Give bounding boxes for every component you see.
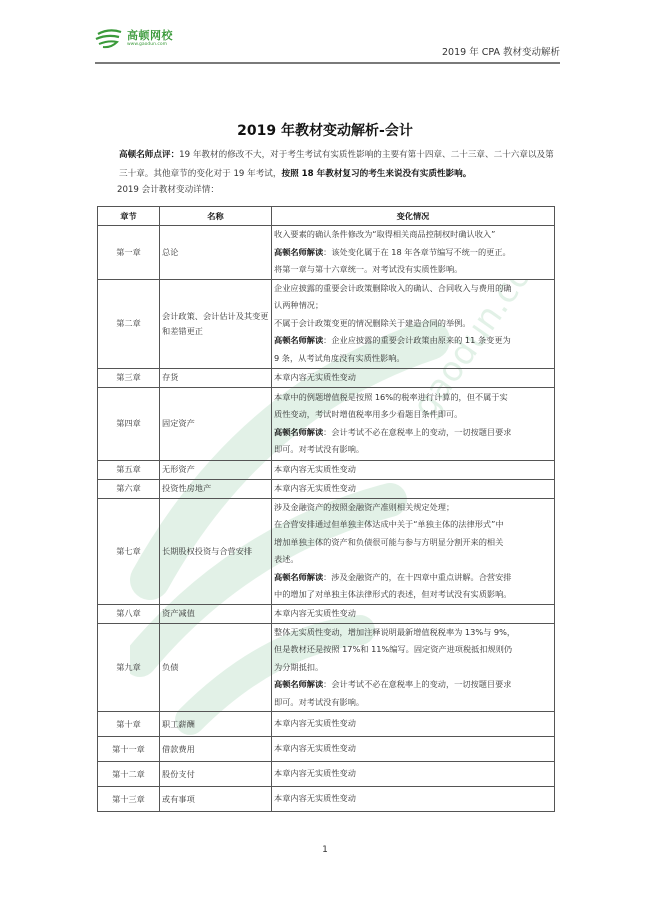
description-line: 在合营安排通过但单独主体达成中关于“单独主体的法律形式”中: [274, 516, 552, 534]
logo-swoosh-icon: [95, 28, 125, 50]
chapter-cell: 第九章: [98, 623, 160, 712]
description-text: 本章内容无实质性变动: [274, 743, 356, 753]
description-line: 不属于会计政策变更的情况删除关于建造合同的举例。: [274, 315, 552, 333]
table-row: 第四章固定资产本章中的例题增值税是按照 16%的税率进行计算的，但不属于实质性变…: [98, 387, 555, 460]
description-text: ：会计考试不必在意税率上的变动，一切按题目要求: [323, 427, 511, 437]
description-line: 收入要素的确认条件修改为“取得相关商品控制权时确认收入”: [274, 226, 552, 244]
description-text: 企业应披露的重要会计政策删除收入的确认、合同收入与费用的确: [274, 283, 511, 293]
description-line: 企业应披露的重要会计政策删除收入的确认、合同收入与费用的确: [274, 280, 552, 298]
description-text: 将第一章与第十六章统一。对考试没有实质性影响。: [274, 264, 462, 274]
description-line: 本章内容无实质性变动: [274, 605, 552, 623]
column-header-name: 名称: [160, 207, 272, 226]
chapter-cell: 第十二章: [98, 762, 160, 787]
chapter-name-cell: 总论: [160, 226, 272, 280]
description-line: 高顿名师解读：会计考试不必在意税率上的变动，一切按题目要求: [274, 676, 552, 694]
change-description-cell: 本章内容无实质性变动: [272, 737, 555, 762]
chapter-name-cell: 会计政策、会计估计及其变更和差错更正: [160, 279, 272, 368]
description-line: 质性变动，考试时增值税率用多少看题目条件即可。: [274, 406, 552, 424]
description-text: 即可。对考试没有影响。: [274, 697, 364, 707]
chapter-name-cell: 股份支付: [160, 762, 272, 787]
description-text: ：会计考试不必在意税率上的变动，一切按题目要求: [323, 679, 511, 689]
table-row: 第十章职工薪酬本章内容无实质性变动: [98, 712, 555, 737]
description-text: 本章内容无实质性变动: [274, 608, 356, 618]
teacher-interpretation-label: 高顿名师解读: [274, 247, 323, 257]
chapter-name-cell: 存货: [160, 368, 272, 387]
comment-label: 高顿名师点评：: [119, 150, 179, 160]
table-row: 第十二章股份支付本章内容无实质性变动: [98, 762, 555, 787]
description-line: 高顿名师解读：涉及金融资产的，在十四章中重点讲解。合营安排: [274, 569, 552, 587]
table-row: 第十一章借款费用本章内容无实质性变动: [98, 737, 555, 762]
description-text: 整体无实质性变动，增加注释说明最新增值税税率为 13%与 9%，: [274, 627, 515, 637]
description-line: 本章中的例题增值税是按照 16%的税率进行计算的，但不属于实: [274, 389, 552, 407]
header-document-title: 2019 年 CPA 教材变动解析: [442, 44, 560, 58]
column-header-chapter: 章节: [98, 207, 160, 226]
description-line: 为分期抵扣。: [274, 659, 552, 677]
chapter-cell: 第七章: [98, 498, 160, 604]
table-row: 第一章总论收入要素的确认条件修改为“取得相关商品控制权时确认收入”高顿名师解读：…: [98, 226, 555, 280]
chapter-name-cell: 无形资产: [160, 460, 272, 479]
chapter-cell: 第四章: [98, 387, 160, 460]
description-text: 本章中的例题增值税是按照 16%的税率进行计算的，但不属于实: [274, 392, 508, 402]
teacher-interpretation-label: 高顿名师解读: [274, 335, 323, 345]
change-description-cell: 本章内容无实质性变动: [272, 712, 555, 737]
description-line: 但是教材还是按照 17%和 11%编写。固定资产进项税抵扣规则仍: [274, 641, 552, 659]
description-line: 中的增加了对单独主体法律形式的表述，但对考试没有实质影响。: [274, 586, 552, 604]
chapter-cell: 第一章: [98, 226, 160, 280]
change-description-cell: 涉及金融资产的按照金融资产准则相关规定处理；在合营安排通过但单独主体达成中关于“…: [272, 498, 555, 604]
description-text: 在合营安排通过但单独主体达成中关于“单独主体的法律形式”中: [274, 519, 504, 529]
description-text: 涉及金融资产的按照金融资产准则相关规定处理；: [274, 502, 454, 512]
chapter-cell: 第十一章: [98, 737, 160, 762]
description-text: 不属于会计政策变更的情况删除关于建造合同的举例。: [274, 318, 471, 328]
change-description-cell: 企业应披露的重要会计政策删除收入的确认、合同收入与费用的确认两种情况；不属于会计…: [272, 279, 555, 368]
table-header-row: 章节 名称 变化情况: [98, 207, 555, 226]
page-header: 高顿网校 www.gaodun.com 2019 年 CPA 教材变动解析: [95, 22, 560, 62]
description-line: 将第一章与第十六章统一。对考试没有实质性影响。: [274, 261, 552, 279]
description-text: 本章内容无实质性变动: [274, 372, 356, 382]
description-text: 本章内容无实质性变动: [274, 464, 356, 474]
change-description-cell: 本章内容无实质性变动: [272, 787, 555, 812]
table-row: 第七章长期股权投资与合营安排涉及金融资产的按照金融资产准则相关规定处理；在合营安…: [98, 498, 555, 604]
description-text: ：企业应披露的重要会计政策由原来的 11 条变更为: [323, 335, 511, 345]
description-text: 9 条，从考试角度没有实质性影响。: [274, 353, 405, 363]
table-row: 第五章无形资产本章内容无实质性变动: [98, 460, 555, 479]
description-line: 本章内容无实质性变动: [274, 480, 552, 498]
change-description-cell: 本章内容无实质性变动: [272, 479, 555, 498]
description-line: 本章内容无实质性变动: [274, 715, 552, 733]
description-text: 为分期抵扣。: [274, 662, 323, 672]
chapter-name-cell: 投资性房地产: [160, 479, 272, 498]
table-row: 第十三章或有事项本章内容无实质性变动: [98, 787, 555, 812]
description-line: 高顿名师解读：该处变化属于在 18 年各章节编写不统一的更正。: [274, 244, 552, 262]
description-line: 认两种情况；: [274, 297, 552, 315]
teacher-comment: 高顿名师点评：19 年教材的修改不大，对于考生考试有实质性影响的主要有第十四章、…: [97, 146, 557, 184]
description-text: 增加单独主体的资产和负债很可能与参与方明显分割开来的相关: [274, 537, 503, 547]
chapter-cell: 第八章: [98, 604, 160, 623]
table-row: 第九章负债整体无实质性变动，增加注释说明最新增值税税率为 13%与 9%，但是教…: [98, 623, 555, 712]
description-line: 涉及金融资产的按照金融资产准则相关规定处理；: [274, 499, 552, 517]
description-text: 认两种情况；: [274, 300, 323, 310]
description-text: 质性变动，考试时增值税率用多少看题目条件即可。: [274, 409, 462, 419]
chapter-cell: 第二章: [98, 279, 160, 368]
logo-name: 高顿网校: [127, 30, 173, 41]
logo-url: www.gaodun.com: [127, 43, 173, 48]
description-line: 整体无实质性变动，增加注释说明最新增值税税率为 13%与 9%，: [274, 624, 552, 642]
description-line: 9 条，从考试角度没有实质性影响。: [274, 350, 552, 368]
chapter-name-cell: 或有事项: [160, 787, 272, 812]
description-line: 增加单独主体的资产和负债很可能与参与方明显分割开来的相关: [274, 534, 552, 552]
changes-table: 章节 名称 变化情况 第一章总论收入要素的确认条件修改为“取得相关商品控制权时确…: [97, 206, 555, 812]
change-description-cell: 收入要素的确认条件修改为“取得相关商品控制权时确认收入”高顿名师解读：该处变化属…: [272, 226, 555, 280]
comment-bold-text: 按照 18 年教材复习的考生来说没有实质性影响。: [282, 169, 472, 179]
chapter-cell: 第十三章: [98, 787, 160, 812]
table-caption: 2019 会计教材变动详情：: [117, 183, 219, 195]
teacher-interpretation-label: 高顿名师解读: [274, 572, 323, 582]
description-line: 高顿名师解读：会计考试不必在意税率上的变动，一切按题目要求: [274, 424, 552, 442]
change-description-cell: 本章内容无实质性变动: [272, 368, 555, 387]
description-text: 表述。: [274, 554, 299, 564]
table-row: 第六章投资性房地产本章内容无实质性变动: [98, 479, 555, 498]
description-line: 高顿名师解读：企业应披露的重要会计政策由原来的 11 条变更为: [274, 332, 552, 350]
description-line: 即可。对考试没有影响。: [274, 694, 552, 712]
change-description-cell: 整体无实质性变动，增加注释说明最新增值税税率为 13%与 9%，但是教材还是按照…: [272, 623, 555, 712]
table-row: 第八章资产减值本章内容无实质性变动: [98, 604, 555, 623]
chapter-name-cell: 借款费用: [160, 737, 272, 762]
description-line: 本章内容无实质性变动: [274, 740, 552, 758]
chapter-name-cell: 资产减值: [160, 604, 272, 623]
chapter-cell: 第三章: [98, 368, 160, 387]
chapter-cell: 第五章: [98, 460, 160, 479]
teacher-interpretation-label: 高顿名师解读: [274, 427, 323, 437]
change-description-cell: 本章中的例题增值税是按照 16%的税率进行计算的，但不属于实质性变动，考试时增值…: [272, 387, 555, 460]
description-line: 即可。对考试没有影响。: [274, 441, 552, 459]
page-title: 2019 年教材变动解析-会计: [0, 120, 650, 140]
teacher-interpretation-label: 高顿名师解读: [274, 679, 323, 689]
header-divider: [95, 62, 560, 64]
description-text: ：该处变化属于在 18 年各章节编写不统一的更正。: [323, 247, 511, 257]
change-description-cell: 本章内容无实质性变动: [272, 604, 555, 623]
description-text: ：涉及金融资产的，在十四章中重点讲解。合营安排: [323, 572, 511, 582]
description-text: 中的增加了对单独主体法律形式的表述，但对考试没有实质影响。: [274, 589, 511, 599]
description-line: 表述。: [274, 551, 552, 569]
description-line: 本章内容无实质性变动: [274, 765, 552, 783]
description-text: 收入要素的确认条件修改为“取得相关商品控制权时确认收入”: [274, 229, 495, 239]
description-text: 本章内容无实质性变动: [274, 793, 356, 803]
chapter-name-cell: 负债: [160, 623, 272, 712]
description-text: 本章内容无实质性变动: [274, 483, 356, 493]
column-header-changes: 变化情况: [272, 207, 555, 226]
change-description-cell: 本章内容无实质性变动: [272, 762, 555, 787]
table-row: 第三章存货本章内容无实质性变动: [98, 368, 555, 387]
chapter-name-cell: 长期股权投资与合营安排: [160, 498, 272, 604]
description-text: 本章内容无实质性变动: [274, 768, 356, 778]
chapter-name-cell: 职工薪酬: [160, 712, 272, 737]
chapter-cell: 第十章: [98, 712, 160, 737]
page-number: 1: [0, 845, 650, 855]
description-text: 但是教材还是按照 17%和 11%编写。固定资产进项税抵扣规则仍: [274, 644, 512, 654]
description-line: 本章内容无实质性变动: [274, 461, 552, 479]
change-description-cell: 本章内容无实质性变动: [272, 460, 555, 479]
description-text: 即可。对考试没有影响。: [274, 444, 364, 454]
chapter-cell: 第六章: [98, 479, 160, 498]
description-line: 本章内容无实质性变动: [274, 369, 552, 387]
table-row: 第二章会计政策、会计估计及其变更和差错更正企业应披露的重要会计政策删除收入的确认…: [98, 279, 555, 368]
description-text: 本章内容无实质性变动: [274, 718, 356, 728]
gaodun-logo: 高顿网校 www.gaodun.com: [95, 28, 173, 50]
description-line: 本章内容无实质性变动: [274, 790, 552, 808]
chapter-name-cell: 固定资产: [160, 387, 272, 460]
